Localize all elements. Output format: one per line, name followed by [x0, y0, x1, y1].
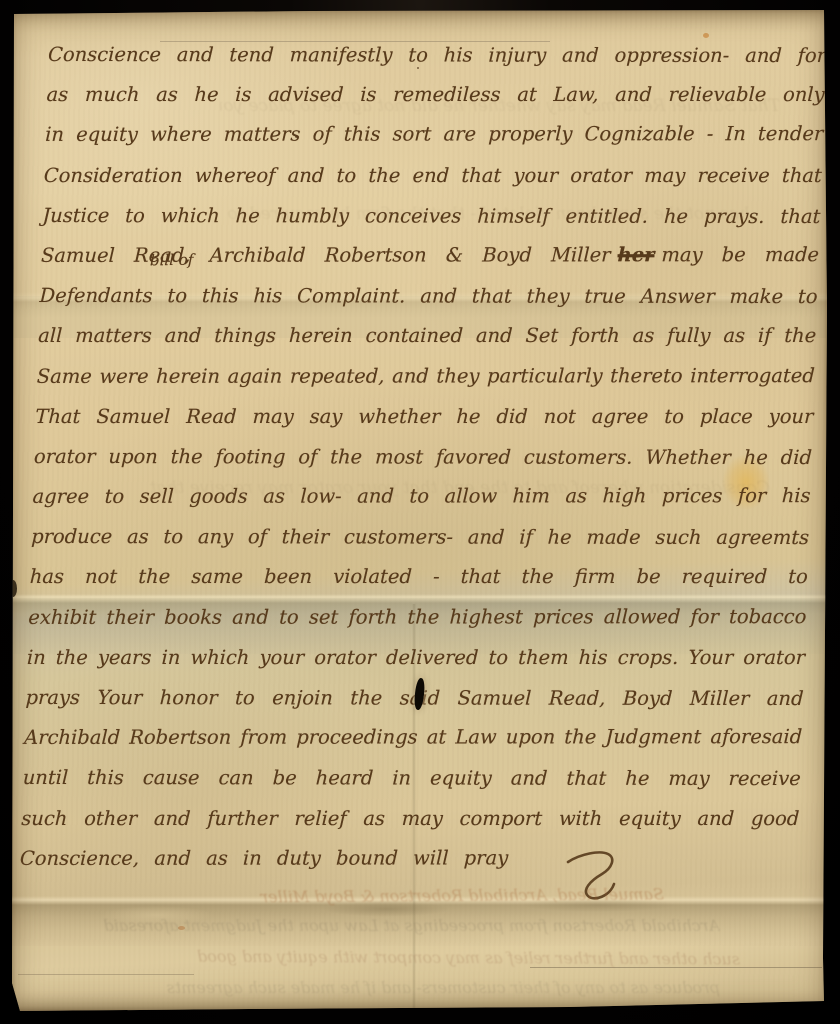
fold-crease-lower — [10, 896, 828, 946]
bleedthrough-text: produce as to any of their customers- an… — [160, 978, 720, 997]
manuscript-line: Consideration whereof and to the end tha… — [43, 156, 822, 196]
manuscript-page: That Samuel Read may say whether he did … — [10, 8, 828, 1012]
manuscript-line: That Samuel Read may say whether he did … — [35, 397, 814, 437]
manuscript-line: such other and further relief as may com… — [21, 799, 800, 839]
manuscript-line: Archibald Robertson from proceedings at … — [23, 717, 802, 758]
manuscript-line: Same were herein again repeated, and the… — [36, 356, 815, 397]
interlinear-insertion: bill of — [150, 251, 194, 270]
manuscript-line: as much as he is advised is remediless a… — [46, 75, 825, 115]
pen-flourish-icon — [566, 844, 618, 906]
faint-rule-bottom-right — [530, 967, 822, 968]
manuscript-line: exhibit their books and to set forth the… — [28, 597, 807, 638]
manuscript-line: Defendants to this his Complaint. and th… — [39, 276, 818, 317]
manuscript-line: produce as to any of their customers- an… — [30, 517, 809, 558]
manuscript-line: orator upon the footing of the most favo… — [33, 437, 812, 478]
manuscript-line: all matters and things herein contained … — [38, 316, 817, 356]
bleedthrough-text: Archibald Robertson from proceedings at … — [80, 916, 720, 935]
manuscript-line: in equity where matters of this sort are… — [45, 114, 824, 155]
bleedthrough-text: such other and further relief as may com… — [140, 946, 740, 968]
manuscript-text: Conscience and tend manifestly to his in… — [19, 35, 826, 879]
manuscript-line: Conscience and tend manifestly to his in… — [47, 35, 826, 76]
struck-word: her — [617, 243, 655, 266]
line-text: Samuel Read, Archibald Robertson & Boyd … — [41, 243, 611, 267]
manuscript-closing-line: Conscience, and as in duty bound will pr… — [19, 838, 798, 879]
manuscript-line: Justice to which he humbly conceives him… — [42, 196, 821, 237]
line-text: may be made — [661, 243, 819, 266]
stain-fleck — [178, 926, 185, 930]
manuscript-line: until this cause can be heard in equity … — [22, 758, 801, 799]
bottom-paper-tint — [10, 946, 828, 1012]
manuscript-line: agree to sell goods as low- and to allow… — [32, 476, 811, 517]
manuscript-line: has not the same been violated - that th… — [29, 557, 808, 597]
manuscript-line: in the years in which your orator delive… — [26, 638, 805, 678]
faint-rule-bottom-left — [18, 974, 194, 975]
